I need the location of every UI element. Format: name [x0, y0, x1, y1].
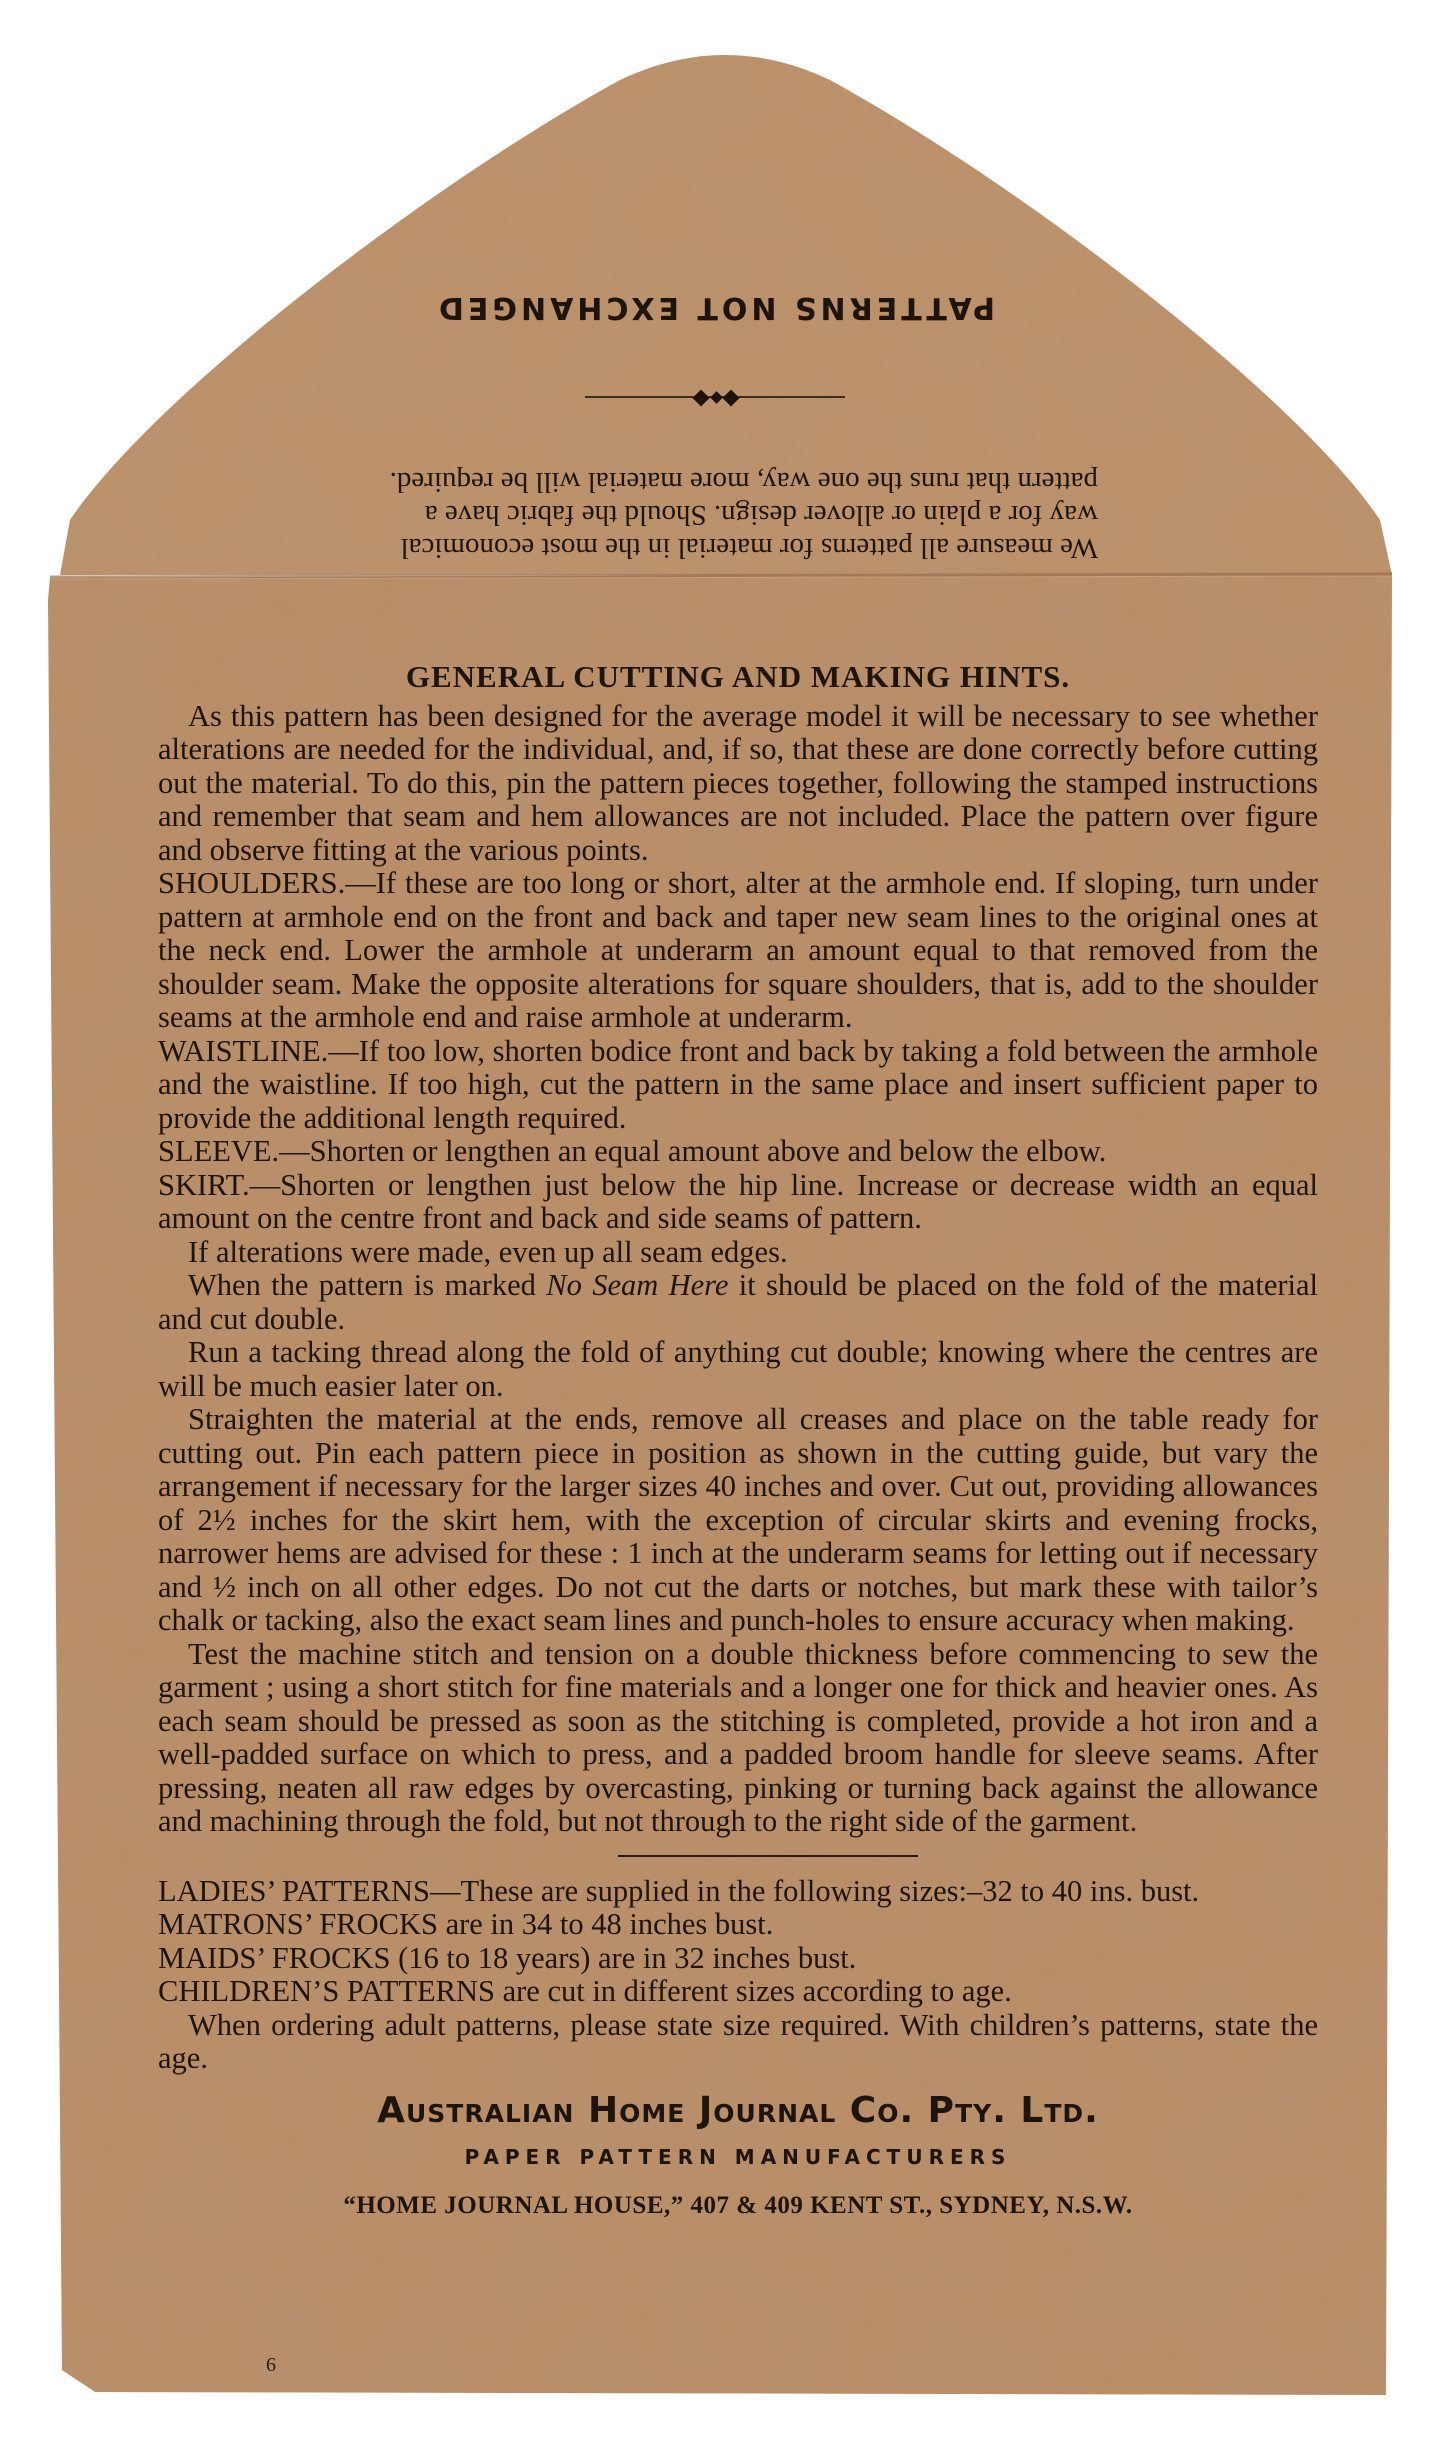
flap-text: We measure all patterns for material in …	[300, 290, 1130, 564]
envelope: We measure all patterns for material in …	[0, 0, 1445, 2461]
size-children: CHILDREN’S PATTERNS are cut in different…	[158, 1975, 1318, 2009]
company-tagline: PAPER PATTERN MANUFACTURERS	[158, 2141, 1318, 2175]
tacking-paragraph: Run a tacking thread along the fold of a…	[158, 1336, 1318, 1403]
straighten-paragraph: Straighten the material at the ends, rem…	[158, 1403, 1318, 1638]
size-matrons: MATRONS’ FROCKS are in 34 to 48 inches b…	[158, 1908, 1318, 1942]
section-shoulders: SHOULDERS.—If these are too long or shor…	[158, 867, 1318, 1035]
no-seam-paragraph: When the pattern is marked No Seam Here …	[158, 1269, 1318, 1336]
flap-heading: PATTERNS NOT EXCHANGED	[300, 290, 1130, 325]
intro-paragraph: As this pattern has been designed for th…	[158, 700, 1318, 868]
machine-paragraph: Test the machine stitch and tension on a…	[158, 1638, 1318, 1839]
company-name: Australian Home Journal Co. Pty. Ltd.	[158, 2094, 1318, 2128]
instructions: GENERAL CUTTING AND MAKING HINTS. As thi…	[158, 660, 1318, 2222]
section-skirt: SKIRT.—Shorten or lengthen just below th…	[158, 1169, 1318, 1236]
company-address: “HOME JOURNAL HOUSE,” 407 & 409 KENT ST.…	[158, 2189, 1318, 2223]
flap-note: We measure all patterns for material in …	[338, 465, 1098, 564]
ordering-paragraph: When ordering adult patterns, please sta…	[158, 2009, 1318, 2076]
size-ladies: LADIES’ PATTERNS—These are supplied in t…	[158, 1875, 1318, 1909]
alterations-paragraph: If alterations were made, even up all se…	[158, 1236, 1318, 1270]
section-waistline: WAISTLINE.—If too low, shorten bodice fr…	[158, 1035, 1318, 1136]
handwritten-mark: 6	[266, 2354, 276, 2377]
no-seam-here-italic: No Seam Here	[546, 1268, 728, 1302]
instructions-heading: GENERAL CUTTING AND MAKING HINTS.	[158, 660, 1318, 694]
section-sleeve: SLEEVE.—Shorten or lengthen an equal amo…	[158, 1135, 1318, 1169]
ornament-divider	[585, 387, 845, 407]
sizes-list: LADIES’ PATTERNS—These are supplied in t…	[158, 1875, 1318, 2009]
size-maids: MAIDS’ FROCKS (16 to 18 years) are in 32…	[158, 1942, 1318, 1976]
divider-rule	[618, 1855, 918, 1857]
